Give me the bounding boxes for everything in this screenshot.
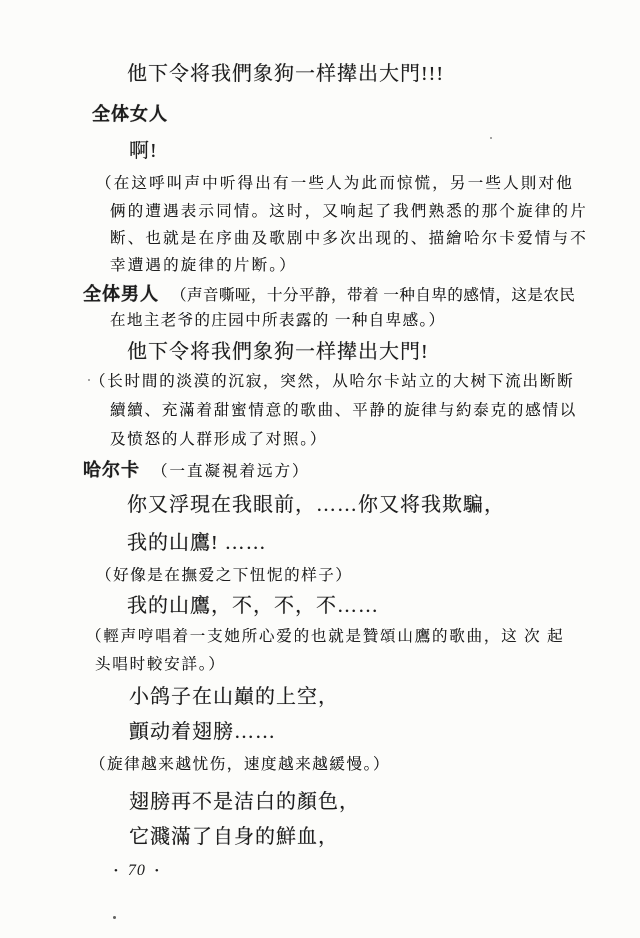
scan-speck xyxy=(113,916,116,919)
dialogue-line: 它濺滿了自身的鮮血， xyxy=(129,827,339,847)
dialogue-line: 他下令将我們象狗一样撵出大門! xyxy=(127,342,429,362)
dialogue-line: 他下令将我們象狗一样撵出大門!!! xyxy=(127,64,444,84)
dialogue-line: 小鸽子在山巔的上空， xyxy=(129,687,339,707)
stage-direction-line: 及愤怒的人群形成了对照。） xyxy=(110,432,327,448)
speaker-name-men: 全体男人 xyxy=(83,285,159,303)
stage-direction-line: 幸遭遇的旋律的片断。） xyxy=(110,258,297,274)
dialogue-line: 啊! xyxy=(129,141,158,161)
scan-speck xyxy=(88,379,90,381)
speaker-name-halka: 哈尔卡 xyxy=(83,461,140,479)
book-page: 他下令将我們象狗一样撵出大門!!! 全体女人 啊! （在这呼叫声中听得出有一些人… xyxy=(0,0,640,938)
speaker-row-men: 全体男人 （声音嘶哑，十分平静，带着 一种自卑的感情，这是农民 xyxy=(83,285,575,303)
dialogue-line: 我的山鷹，不，不，不…… xyxy=(127,596,379,616)
stage-direction-line: 在地主老爷的庄园中所表露的 一种自卑感。） xyxy=(110,313,446,329)
dialogue-line: 你又浮現在我眼前，……你又将我欺騙， xyxy=(127,495,505,515)
stage-direction-line: 断、也就是在序曲及歌剧中多次出现的、描繪哈尔卡爱情与不 xyxy=(110,231,588,247)
speaker-name-women: 全体女人 xyxy=(92,105,168,123)
stage-direction-line: （旋律越来越忧伤，速度越来越緩慢。） xyxy=(90,757,390,773)
dialogue-line: 翅膀再不是洁白的顏色， xyxy=(129,792,360,812)
page-number-value: 70 xyxy=(128,863,146,879)
speaker-row-halka: 哈尔卡 （一直凝視着远方） xyxy=(83,461,310,479)
page-number: • 70 • xyxy=(114,863,160,879)
scan-speck xyxy=(490,137,492,139)
stage-direction-inline: （一直凝視着远方） xyxy=(152,464,310,480)
stage-direction-line: （长时間的淡漠的沉寂，突然，从哈尔卡站立的大树下流出断断 xyxy=(90,374,574,390)
stage-direction-line: 俩的遭遇表示同情。这时，又响起了我們熟悉的那个旋律的片 xyxy=(110,204,588,220)
page-number-right-dot: • xyxy=(155,866,160,877)
dialogue-line: 我的山鷹! …… xyxy=(127,533,267,553)
dialogue-line: 顫动着翅膀…… xyxy=(129,722,276,742)
page-number-left-dot: • xyxy=(114,866,119,877)
stage-direction-line: （好像是在撫爱之下忸怩的样子） xyxy=(96,568,353,584)
stage-direction-line: （在这呼叫声中听得出有一些人为此而惊慌，另一些人則对他 xyxy=(96,176,574,192)
stage-direction-line: （輕声哼唱着一支她所心爱的也就是贊頌山鷹的歌曲，这 次 起 xyxy=(86,629,564,645)
stage-direction-line: 头唱时較安詳。） xyxy=(95,657,226,673)
stage-direction-line: 續續、充滿着甜蜜情意的歌曲、平静的旋律与約泰克的感情以 xyxy=(110,403,577,419)
stage-direction-inline: （声音嘶哑，十分平静，带着 一种自卑的感情，这是农民 xyxy=(171,288,575,304)
